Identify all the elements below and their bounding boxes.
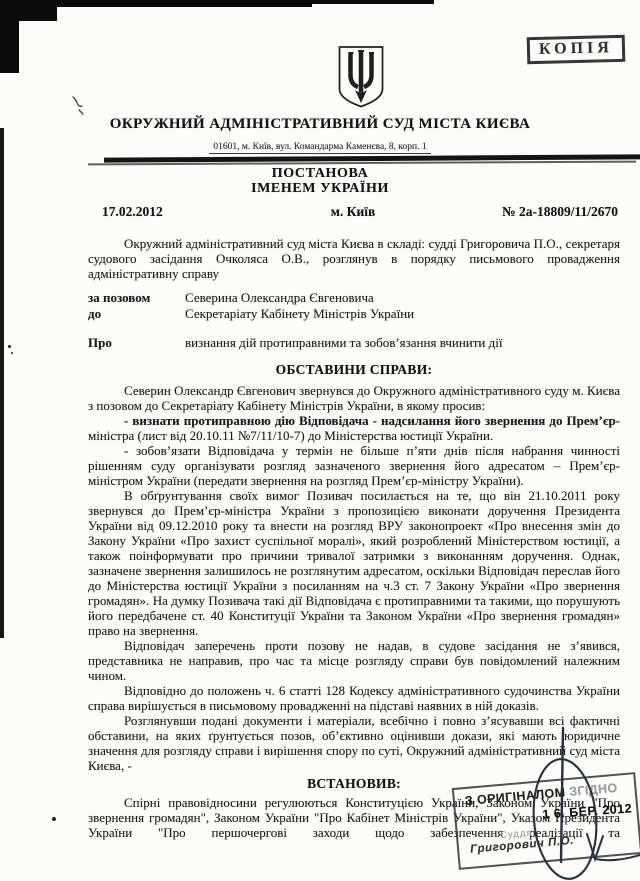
date-row: 17.02.2012 м. Київ № 2а-18809/11/2670 <box>88 204 618 220</box>
court-name: ОКРУЖНИЙ АДМІНІСТРАТИВНИЙ СУД МІСТА КИЄВ… <box>0 116 640 133</box>
doc-title: ПОСТАНОВА <box>0 166 640 182</box>
coat-of-arms-icon <box>336 45 386 109</box>
scan-edge-top-right <box>312 0 434 4</box>
paragraph-6: Відповідно до положень ч. 6 статті 128 К… <box>88 683 620 713</box>
ink-speck <box>11 352 13 354</box>
scan-corner-block-tail <box>0 0 19 73</box>
doc-city: м. Київ <box>331 204 376 220</box>
judge-signature-icon <box>525 722 640 881</box>
case-number: № 2а-18809/11/2670 <box>502 204 618 220</box>
paragraph-3: - зобов’язати Відповідача у термін не бі… <box>88 443 620 488</box>
defendant-label: до <box>88 306 185 322</box>
copy-stamp: КОПІЯ <box>527 35 626 64</box>
scan-edge-left <box>0 128 4 638</box>
handwritten-mark-icon <box>70 95 86 117</box>
ink-speck <box>8 345 11 348</box>
paragraph-2-rest: міністра (лист від 20.10.11 №7/11/10-7) … <box>88 428 493 443</box>
paragraph-2-bold: - визнати протиправною дію Відповідача -… <box>124 413 620 428</box>
subject-row: Про визнання дій протиправними та зобов’… <box>88 335 620 351</box>
court-address: 01601, м. Київ, вул. Командарма Каменєва… <box>0 142 640 152</box>
doc-subtitle: ІМЕНЕМ УКРАЇНИ <box>0 181 640 197</box>
paragraph-2: - визнати протиправною дію Відповідача -… <box>88 413 620 443</box>
court-address-text: 01601, м. Київ, вул. Командарма Каменєва… <box>209 142 430 154</box>
subject-label: Про <box>88 335 185 351</box>
plaintiff-name: Северина Олександра Євгеновича <box>185 290 620 306</box>
paragraph-1: Северин Олександр Євгенович звернувся до… <box>88 383 620 413</box>
scanned-court-document: КОПІЯ ОКРУЖНИЙ АДМІНІСТРАТИВНИЙ СУД МІСТ… <box>0 0 640 881</box>
parties-table: за позовом Северина Олександра Євгенович… <box>88 290 620 322</box>
ink-speck <box>52 817 56 821</box>
doc-date: 17.02.2012 <box>88 204 163 220</box>
paragraph-4: В обґрунтування своїх вимог Позивач поси… <box>88 488 620 638</box>
subject-text: визнання дій протиправними та зобов’язан… <box>185 335 620 351</box>
plaintiff-label: за позовом <box>88 290 185 306</box>
facts-heading: ОБСТАВИНИ СПРАВИ: <box>88 362 620 377</box>
defendant-name: Секретаріату Кабінету Міністрів України <box>185 306 620 322</box>
paragraph-5: Відповідач заперечень проти позову не на… <box>88 638 620 683</box>
intro-paragraph: Окружний адміністративний суд міста Києв… <box>88 236 620 281</box>
